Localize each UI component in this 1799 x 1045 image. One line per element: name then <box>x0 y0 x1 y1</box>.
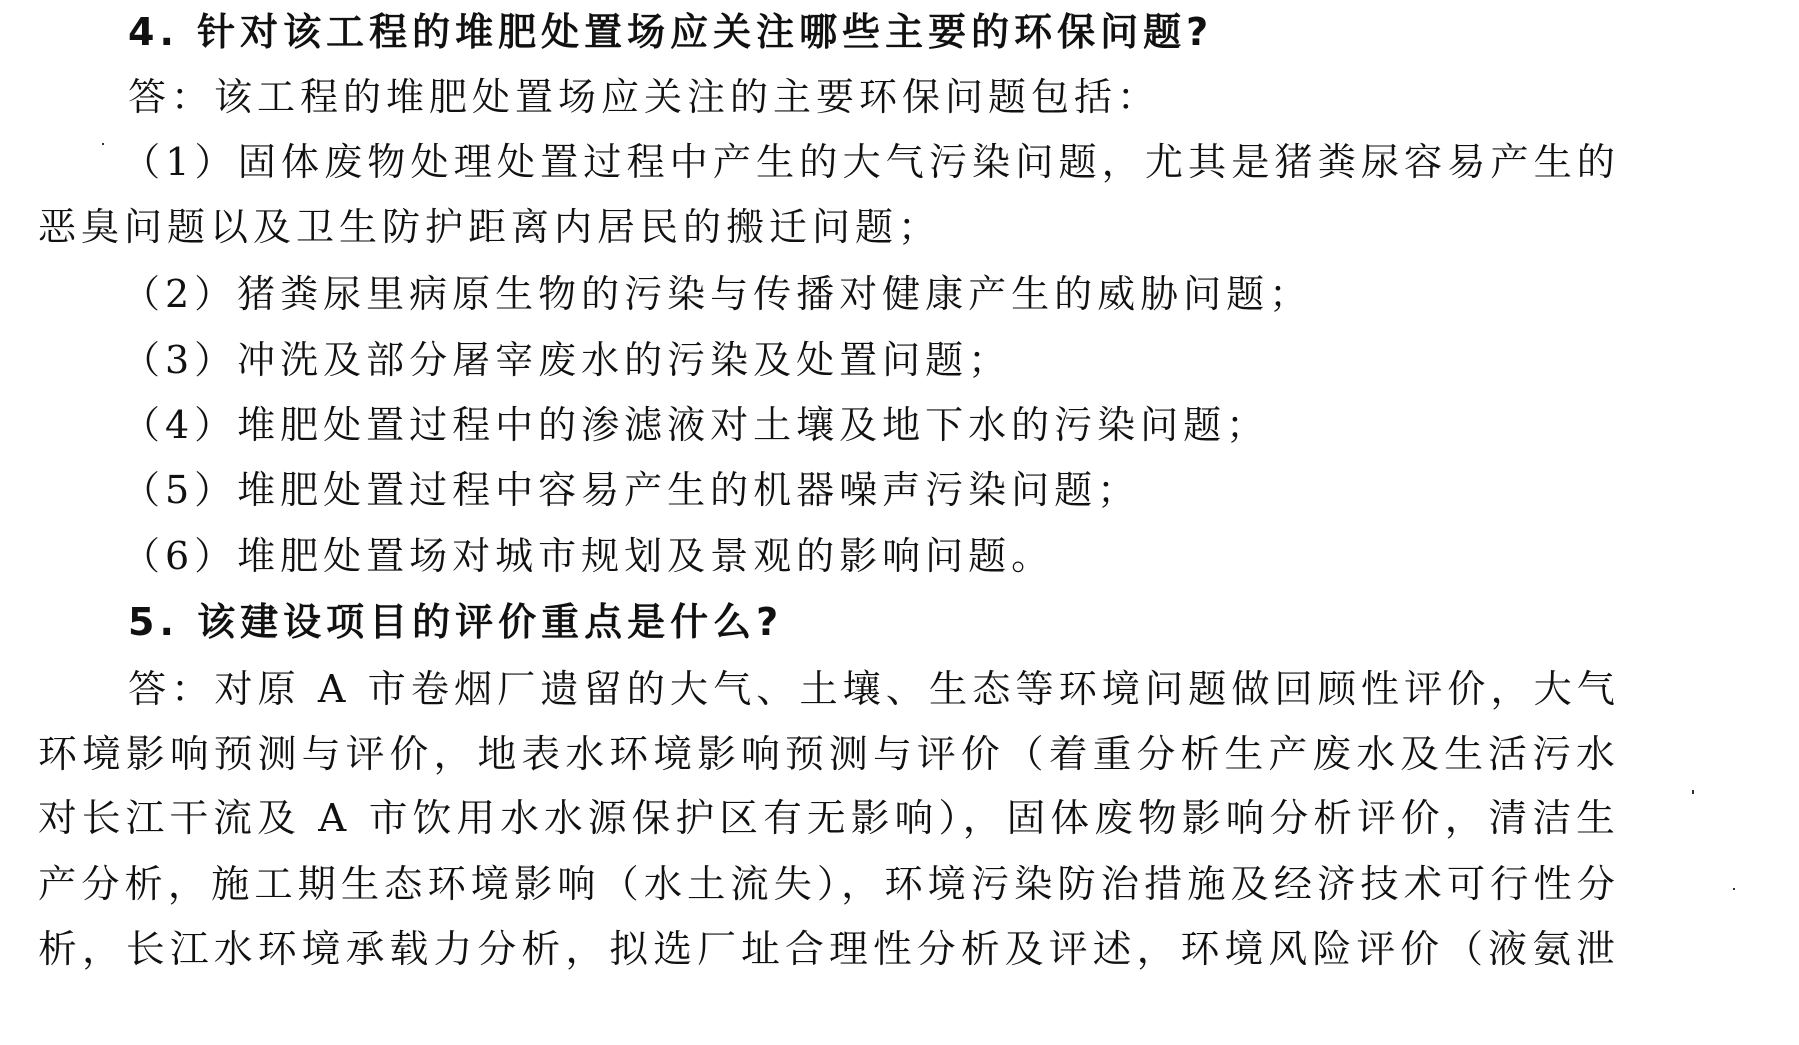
answer-item-1-continued: 恶臭问题以及卫生防护距离内居民的搬迁问题； <box>38 203 941 251</box>
answer-item-4: （4）堆肥处置过程中的渗滤液对土壤及地下水的污染问题； <box>122 401 1269 449</box>
question-5-answer-line-4: 产分析，施工期生态环境影响（水土流失），环境污染防治措施及经济技术可行性分 <box>38 860 1620 908</box>
question-5-answer-line-2: 环境影响预测与评价，地表水环境影响预测与评价（着重分析生产废水及生活污水 <box>38 730 1620 778</box>
answer-item-1: （1）固体废物处理处置过程中产生的大气污染问题，尤其是猪粪尿容易产生的 <box>122 138 1620 186</box>
question-4-heading: 4. 针对该工程的堆肥处置场应关注哪些主要的环保问题? <box>128 8 1213 56</box>
question-5-answer-line-5: 析，长江水环境承载力分析，拟选厂址合理性分析及评述，环境风险评价（液氨泄 <box>38 925 1620 973</box>
scan-speck <box>102 143 104 145</box>
question-4-answer-intro: 答：该工程的堆肥处置场应关注的主要环保问题包括： <box>128 73 1160 121</box>
answer-item-3: （3）冲洗及部分屠宰废水的污染及处置问题； <box>122 336 1011 384</box>
answer-item-5: （5）堆肥处置过程中容易产生的机器噪声污染问题； <box>122 466 1140 514</box>
question-5-heading: 5. 该建设项目的评价重点是什么? <box>128 598 783 646</box>
question-5-answer-line-3: 对长江干流及 A 市饮用水水源保护区有无影响），固体废物影响分析评价，清洁生 <box>38 794 1620 842</box>
scan-speck <box>1692 790 1694 794</box>
scan-speck <box>1733 888 1735 890</box>
answer-item-2: （2）猪粪尿里病原生物的污染与传播对健康产生的威胁问题； <box>122 270 1312 318</box>
answer-item-6: （6）堆肥处置场对城市规划及景观的影响问题。 <box>122 532 1054 580</box>
question-5-answer-line-1: 答：对原 A 市卷烟厂遗留的大气、土壤、生态等环境问题做回顾性评价，大气 <box>128 665 1620 713</box>
